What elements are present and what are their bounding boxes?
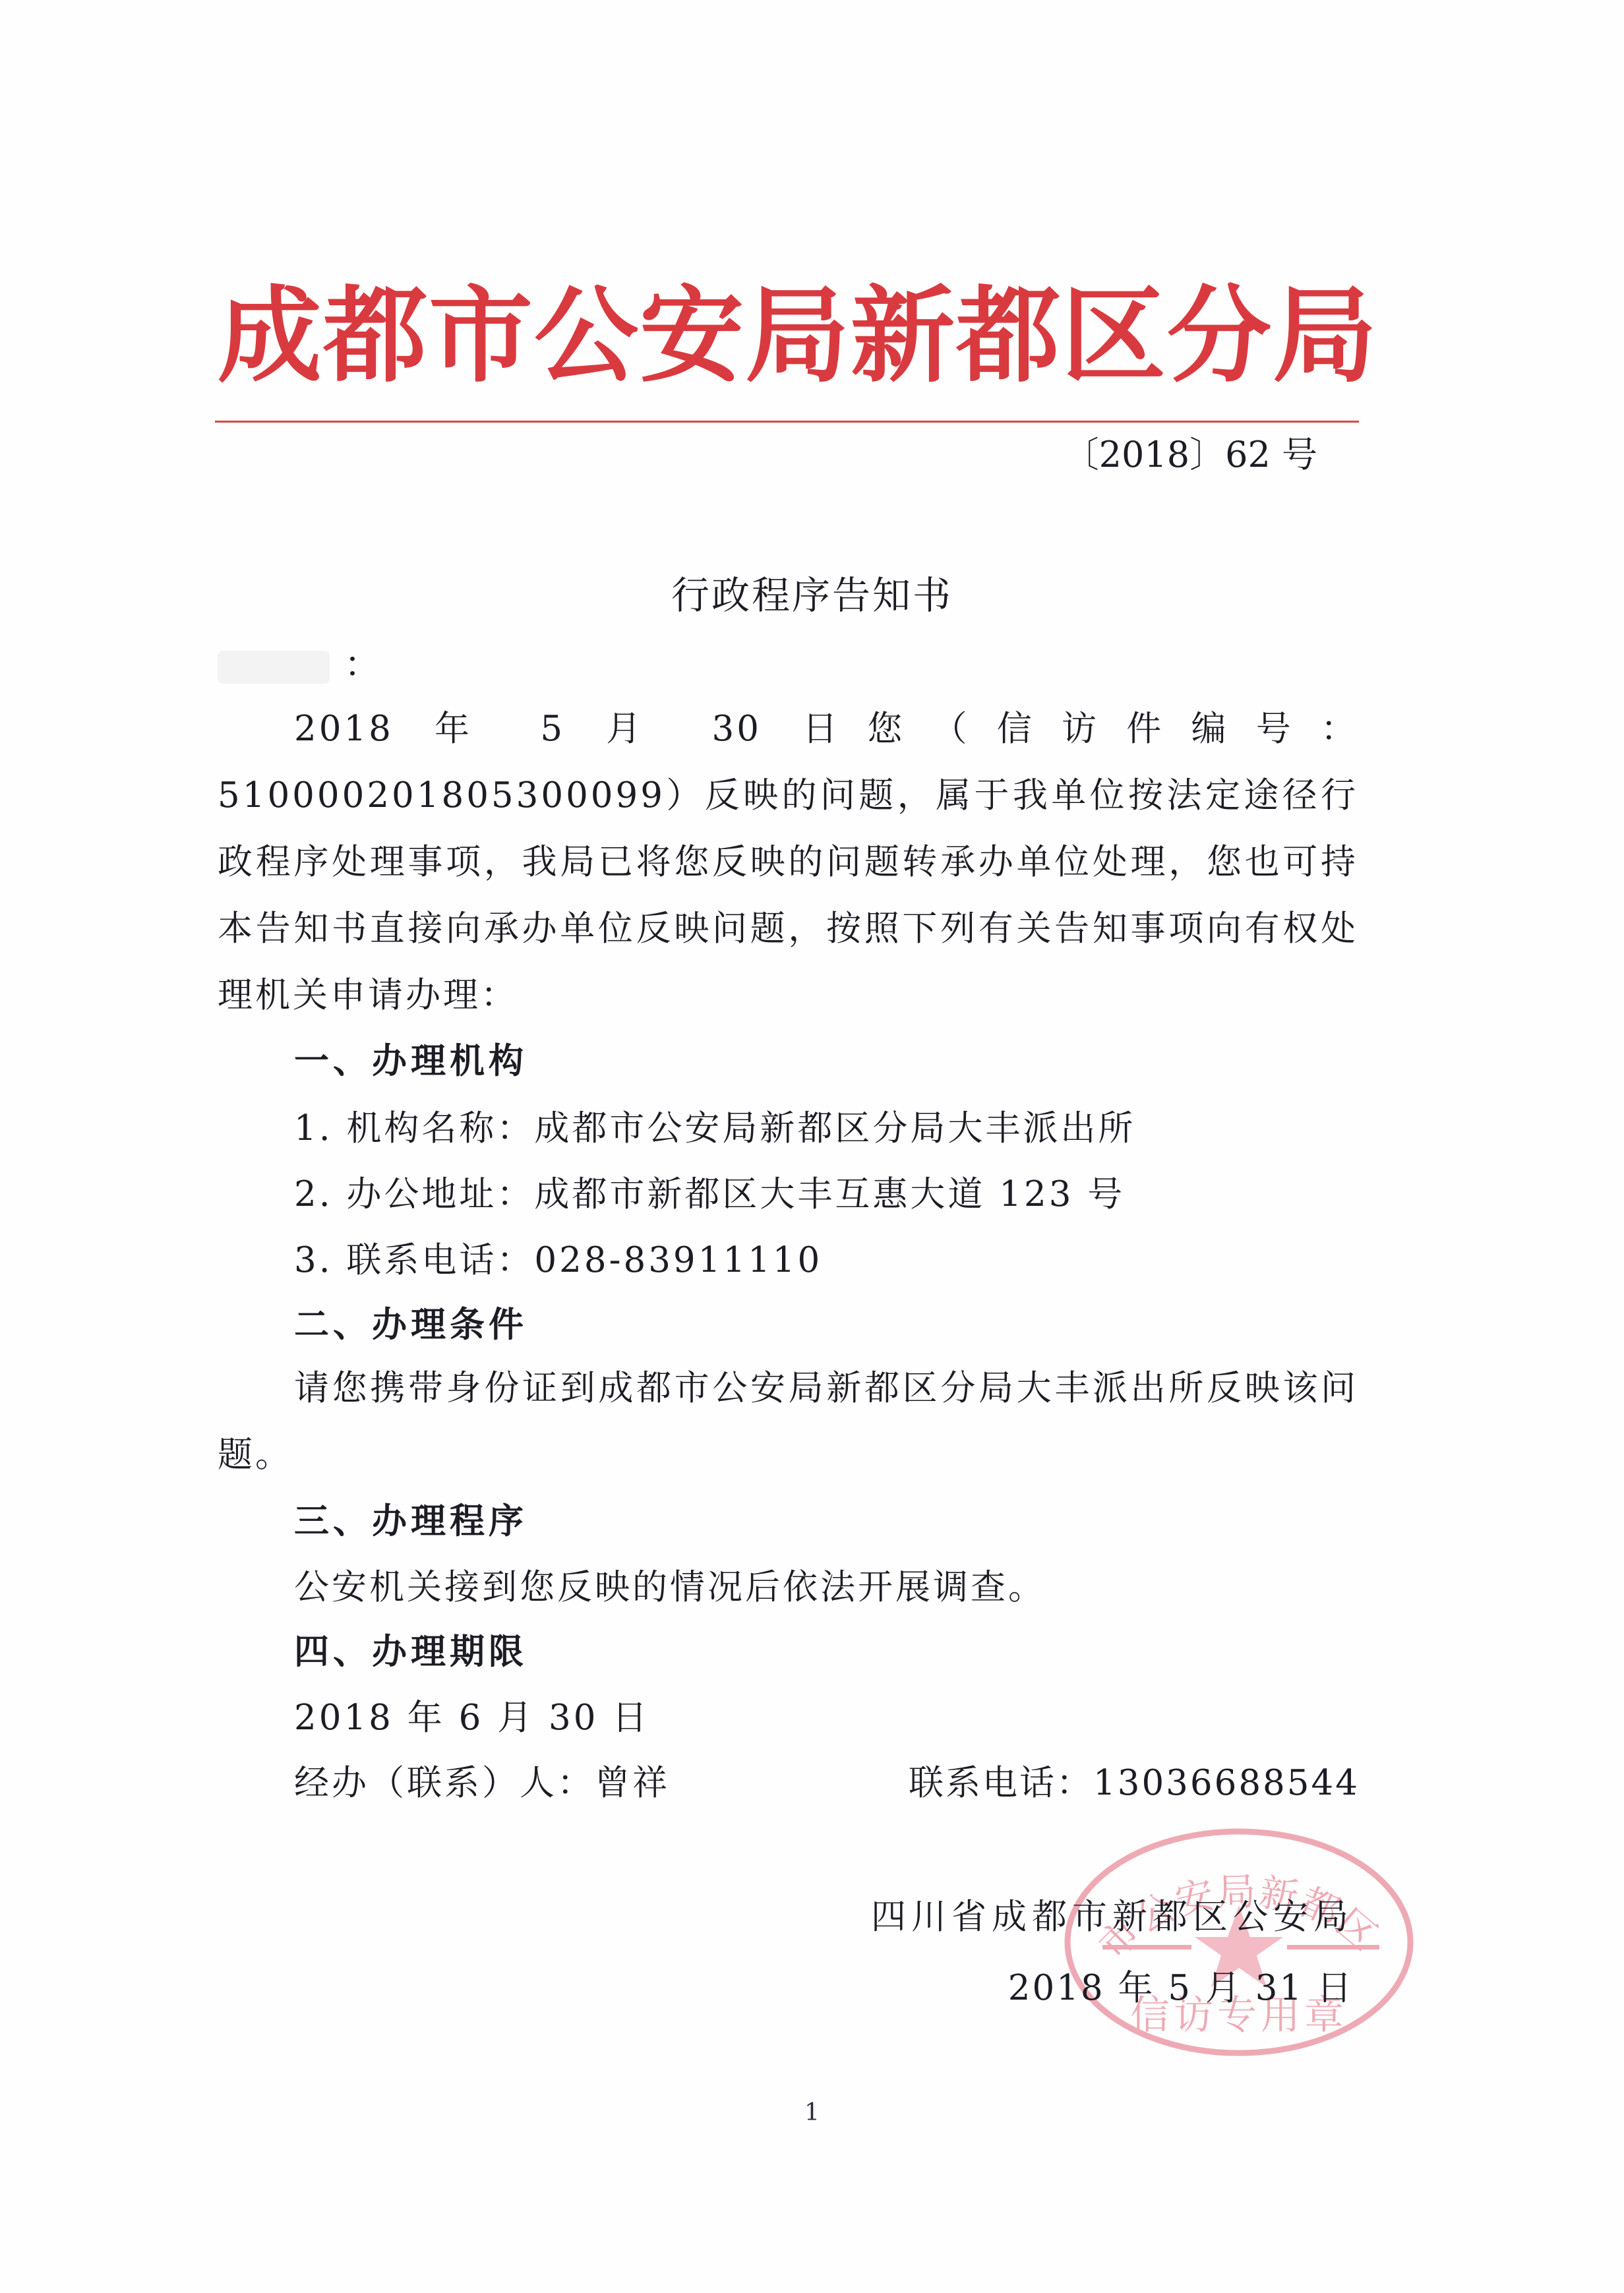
procedure-paragraph: 公安机关接到您反映的情况后依法开展调查。: [294, 1555, 1046, 1621]
document-title: 行政程序告知书: [0, 566, 1624, 625]
page-number: 1: [0, 2097, 1624, 2129]
masthead-title: 成都市公安局新都区分局: [218, 267, 1352, 405]
red-divider-rule: [215, 421, 1359, 423]
section-heading-procedure: 三、办理程序: [294, 1489, 527, 1555]
conditions-paragraph: 请您携带身份证到成都市公安局新都区分局大丰派出所反映该问题。: [218, 1355, 1358, 1488]
signoff-date: 2018 年 5 月 31 日: [1008, 1955, 1354, 2021]
section-heading-agency: 一、办理机构: [294, 1028, 527, 1094]
salutation: ：: [218, 638, 380, 691]
deadline-date: 2018 年 6 月 30 日: [294, 1685, 649, 1751]
salutation-colon: ：: [344, 643, 380, 685]
intro-paragraph: 2018 年 5 月 30 日您（信访件编号：51000020180530009…: [218, 696, 1358, 1028]
section-heading-conditions: 二、办理条件: [294, 1292, 527, 1358]
agency-phone-item: 3. 联系电话：028-83911110: [294, 1228, 822, 1294]
document-page: 成都市公安局新都区分局 〔2018〕62 号 行政程序告知书 ： 2018 年 …: [0, 0, 1624, 2293]
agency-address-item: 2. 办公地址：成都市新都区大丰互惠大道 123 号: [294, 1162, 1125, 1228]
redacted-recipient-name: [218, 651, 330, 684]
section-heading-deadline: 四、办理期限: [294, 1619, 527, 1685]
agency-name-item: 1. 机构名称：成都市公安局新都区分局大丰派出所: [294, 1096, 1135, 1162]
document-number: 〔2018〕62 号: [1064, 429, 1317, 481]
handler-phone: 联系电话：13036688544: [909, 1750, 1360, 1816]
handler-name: 经办（联系）人：曾祥: [294, 1750, 670, 1816]
signoff-organization: 四川省成都市新都区公安局: [871, 1884, 1354, 1950]
